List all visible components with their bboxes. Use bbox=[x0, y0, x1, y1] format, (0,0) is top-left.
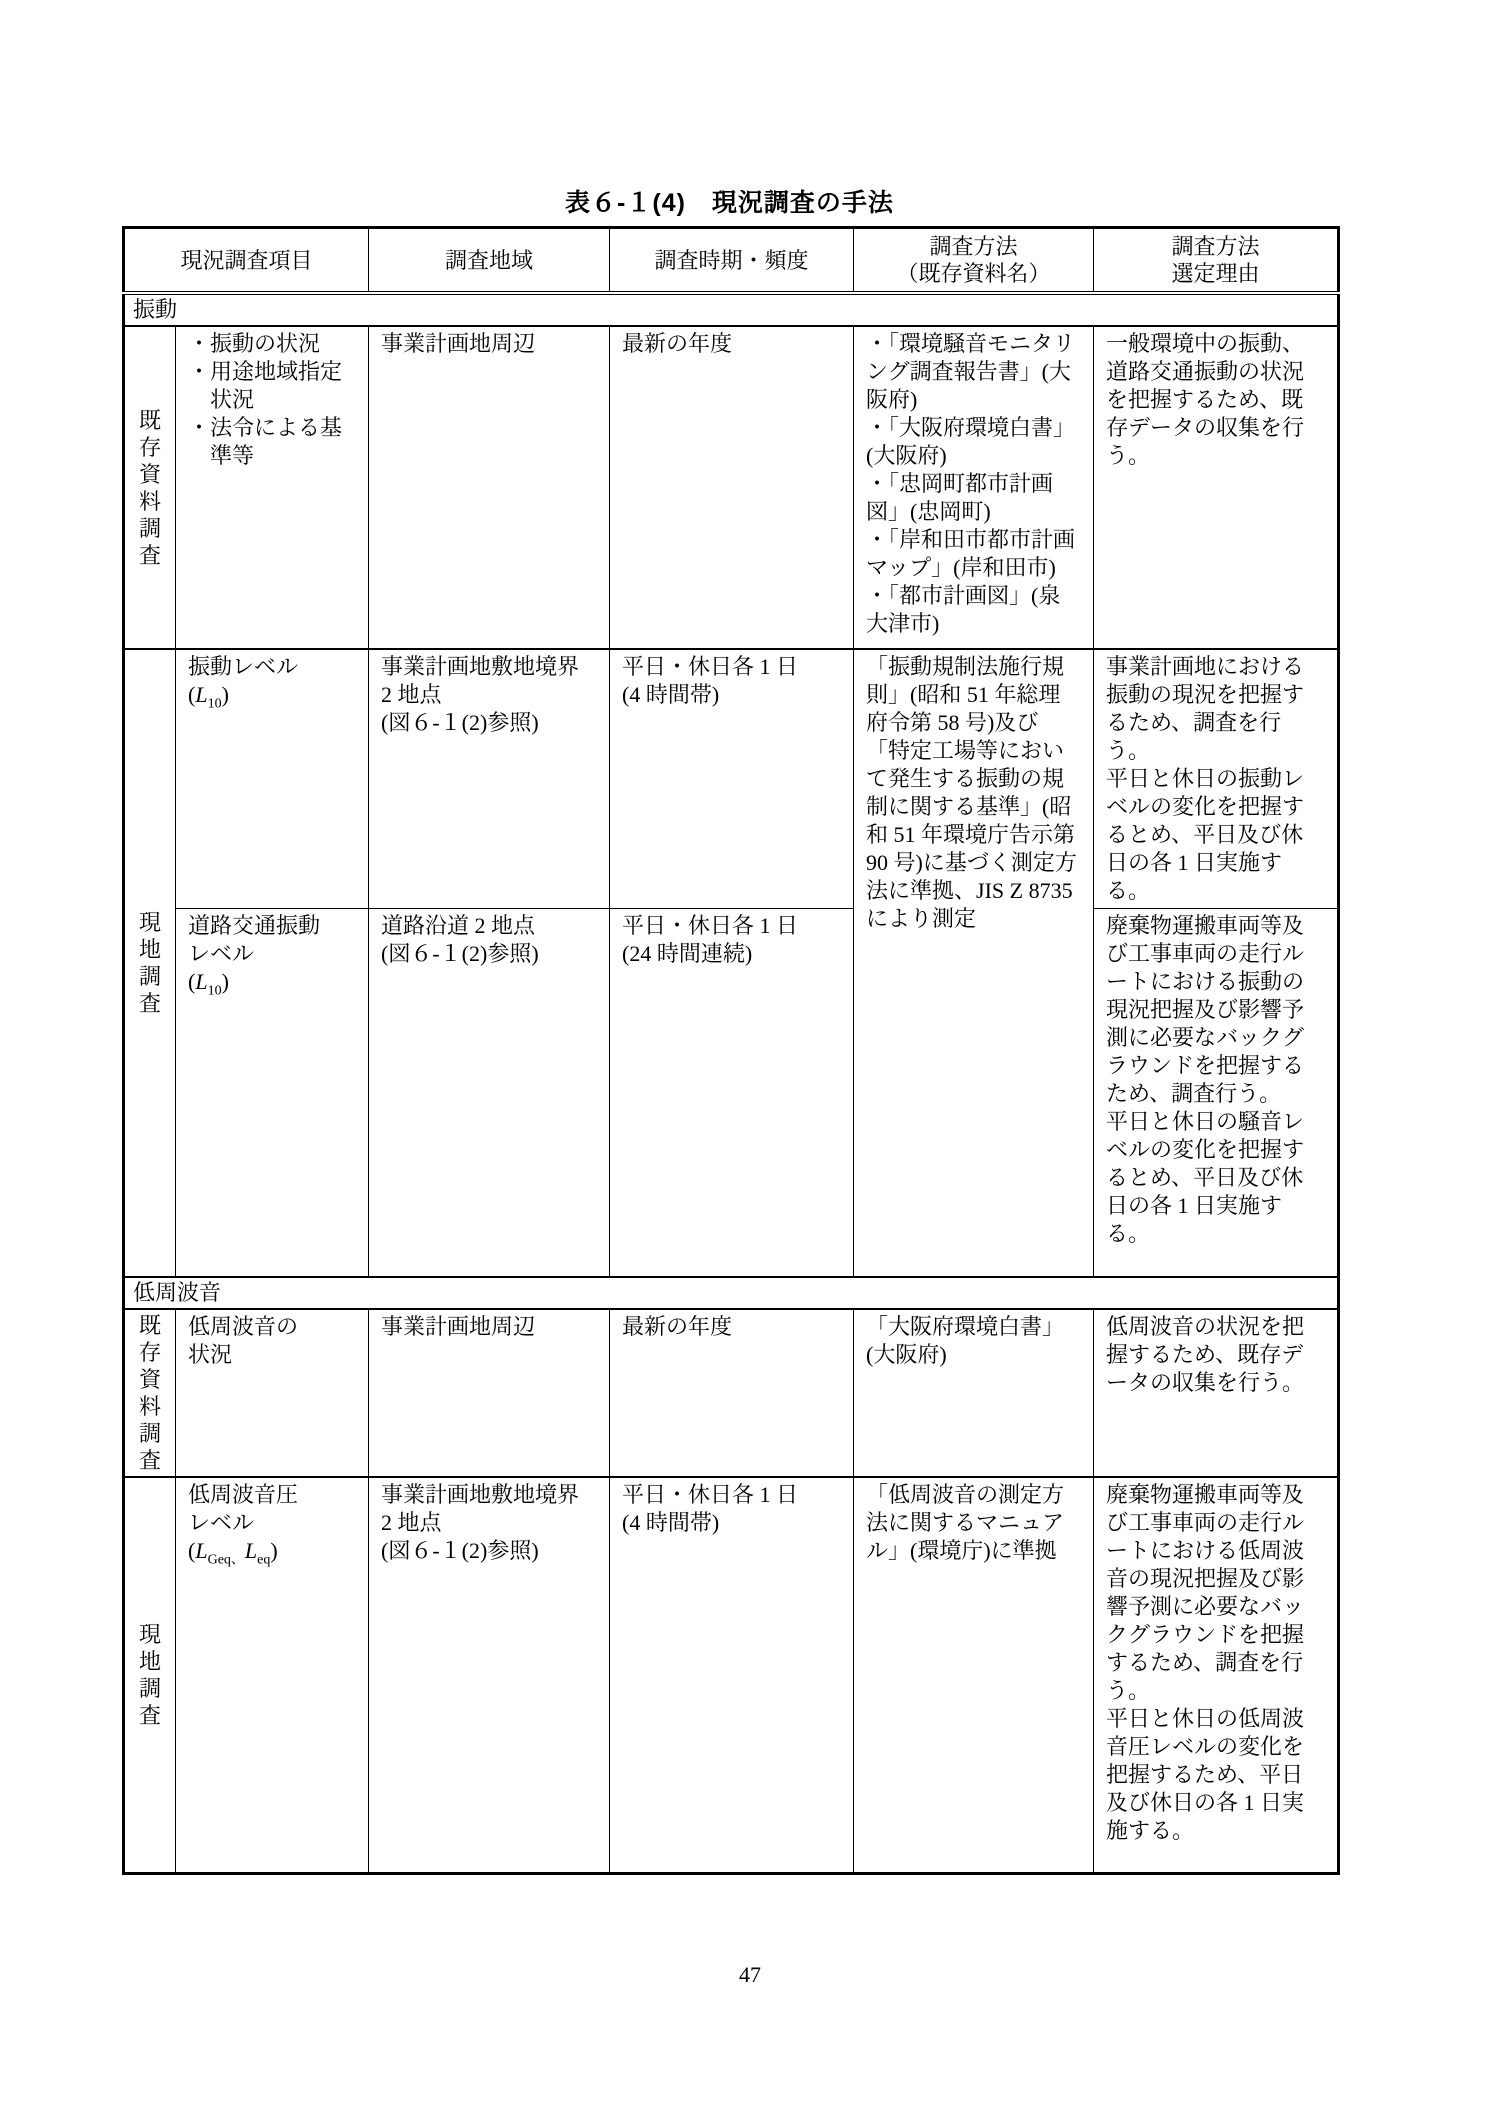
cell-lowfreq-existing-reason: 低周波音の状況を把握するため、既存データの収集を行う。 bbox=[1094, 1309, 1339, 1477]
item-symbol-L10: (L10) bbox=[188, 681, 356, 709]
source-document: ・「忠岡町都市計画図」(忠岡町) bbox=[866, 470, 1081, 526]
item-label: 振動レベル bbox=[188, 653, 356, 681]
cell-survey-type-field: 現地調査 bbox=[124, 1477, 176, 1874]
row-vibration-field-site: 現地調査 振動レベル (L10) 事業計画地敷地境界 2 地点 (図６-１(2)… bbox=[124, 649, 1339, 909]
cell-lowfreq-level-item: 低周波音圧 レベル (LGeq、Leq) bbox=[176, 1477, 369, 1874]
vertical-label-field-survey: 現地調査 bbox=[137, 909, 163, 1017]
cell-road-vibration-timing: 平日・休日各 1 日 (24 時間連続) bbox=[610, 909, 854, 1277]
header-survey-area: 調査地域 bbox=[369, 228, 610, 294]
section-label-vibration: 振動 bbox=[124, 293, 1339, 326]
row-lowfreq-existing: 既存資料調査 低周波音の 状況 事業計画地周辺 最新の年度 「大阪府環境白書」 … bbox=[124, 1309, 1339, 1477]
cell-vibration-level-item: 振動レベル (L10) bbox=[176, 649, 369, 909]
cell-lowfreq-level-area: 事業計画地敷地境界 2 地点 (図６-１(2)参照) bbox=[369, 1477, 610, 1874]
cell-vibration-level-reason: 事業計画地における振動の現況を把握するため、調査を行う。 平日と休日の振動レベル… bbox=[1094, 649, 1339, 909]
cell-vibration-existing-area: 事業計画地周辺 bbox=[369, 326, 610, 649]
item-label: 道路交通振動 レベル bbox=[188, 912, 356, 968]
table-header-row: 現況調査項目 調査地域 調査時期・頻度 調査方法 （既存資料名） 調査方法 選定… bbox=[124, 228, 1339, 294]
header-survey-timing: 調査時期・頻度 bbox=[610, 228, 854, 294]
vertical-label-existing-survey: 既存資料調査 bbox=[137, 1312, 163, 1474]
cell-vibration-existing-methods: ・「環境騒音モニタリング調査報告書」(大阪府) ・「大阪府環境白書」(大阪府) … bbox=[854, 326, 1094, 649]
page-number: 47 bbox=[0, 1962, 1500, 1988]
cell-vibration-field-method: 「振動規制法施行規則」(昭和 51 年総理府令第 58 号)及び 「特定工場等に… bbox=[854, 649, 1094, 1277]
cell-lowfreq-level-reason: 廃棄物運搬車両等及び工事車両の走行ルートにおける低周波音の現況把握及び影響予測に… bbox=[1094, 1477, 1339, 1874]
cell-vibration-level-timing: 平日・休日各 1 日 (4 時間帯) bbox=[610, 649, 854, 909]
source-document: ・「都市計画図」(泉大津市) bbox=[866, 582, 1081, 638]
section-row-vibration: 振動 bbox=[124, 293, 1339, 326]
vertical-label-field-survey: 現地調査 bbox=[137, 1621, 163, 1729]
item-symbol-L10: (L10) bbox=[188, 968, 356, 996]
cell-vibration-existing-timing: 最新の年度 bbox=[610, 326, 854, 649]
cell-lowfreq-level-method: 「低周波音の測定方法に関するマニュアル」(環境庁)に準拠 bbox=[854, 1477, 1094, 1874]
survey-method-table: 現況調査項目 調査地域 調査時期・頻度 調査方法 （既存資料名） 調査方法 選定… bbox=[122, 226, 1340, 1875]
document-page: 表６-１(4) 現況調査の手法 現況調査項目 調査地域 調査時期・頻度 調査方法… bbox=[0, 0, 1500, 2122]
item-bullet: ・用途地域指定状況 bbox=[188, 358, 356, 414]
cell-lowfreq-existing-method: 「大阪府環境白書」 (大阪府) bbox=[854, 1309, 1094, 1477]
cell-survey-type-existing: 既存資料調査 bbox=[124, 1309, 176, 1477]
header-survey-method: 調査方法 （既存資料名） bbox=[854, 228, 1094, 294]
header-survey-item: 現況調査項目 bbox=[124, 228, 369, 294]
cell-vibration-existing-reason: 一般環境中の振動、道路交通振動の状況を把握するため、既存データの収集を行う。 bbox=[1094, 326, 1339, 649]
cell-road-vibration-item: 道路交通振動 レベル (L10) bbox=[176, 909, 369, 1277]
cell-lowfreq-existing-timing: 最新の年度 bbox=[610, 1309, 854, 1477]
cell-survey-type-field: 現地調査 bbox=[124, 649, 176, 1277]
item-bullet: ・法令による基準等 bbox=[188, 414, 356, 470]
cell-vibration-level-area: 事業計画地敷地境界 2 地点 (図６-１(2)参照) bbox=[369, 649, 610, 909]
source-document: ・「大阪府環境白書」(大阪府) bbox=[866, 414, 1081, 470]
cell-vibration-existing-items: ・振動の状況 ・用途地域指定状況 ・法令による基準等 bbox=[176, 326, 369, 649]
row-vibration-existing: 既存資料調査 ・振動の状況 ・用途地域指定状況 ・法令による基準等 事業計画地周… bbox=[124, 326, 1339, 649]
source-document: ・「環境騒音モニタリング調査報告書」(大阪府) bbox=[866, 330, 1081, 414]
section-row-low-frequency: 低周波音 bbox=[124, 1277, 1339, 1309]
section-label-low-frequency: 低周波音 bbox=[124, 1277, 1339, 1309]
row-lowfreq-field: 現地調査 低周波音圧 レベル (LGeq、Leq) 事業計画地敷地境界 2 地点… bbox=[124, 1477, 1339, 1874]
cell-survey-type-existing: 既存資料調査 bbox=[124, 326, 176, 649]
item-symbol-LGeq-Leq: (LGeq、Leq) bbox=[188, 1537, 356, 1565]
header-method-reason: 調査方法 選定理由 bbox=[1094, 228, 1339, 294]
row-vibration-field-road: 道路交通振動 レベル (L10) 道路沿道 2 地点 (図６-１(2)参照) 平… bbox=[124, 909, 1339, 1277]
cell-lowfreq-existing-area: 事業計画地周辺 bbox=[369, 1309, 610, 1477]
cell-lowfreq-existing-item: 低周波音の 状況 bbox=[176, 1309, 369, 1477]
page-title: 表６-１(4) 現況調査の手法 bbox=[122, 183, 1337, 219]
cell-lowfreq-level-timing: 平日・休日各 1 日 (4 時間帯) bbox=[610, 1477, 854, 1874]
item-bullet: ・振動の状況 bbox=[188, 330, 356, 358]
vertical-label-existing-survey: 既存資料調査 bbox=[137, 407, 163, 569]
cell-road-vibration-reason: 廃棄物運搬車両等及び工事車両の走行ルートにおける振動の現況把握及び影響予測に必要… bbox=[1094, 909, 1339, 1277]
source-document: ・「岸和田市都市計画マップ」(岸和田市) bbox=[866, 526, 1081, 582]
item-label: 低周波音圧 レベル bbox=[188, 1481, 356, 1537]
cell-road-vibration-area: 道路沿道 2 地点 (図６-１(2)参照) bbox=[369, 909, 610, 1277]
